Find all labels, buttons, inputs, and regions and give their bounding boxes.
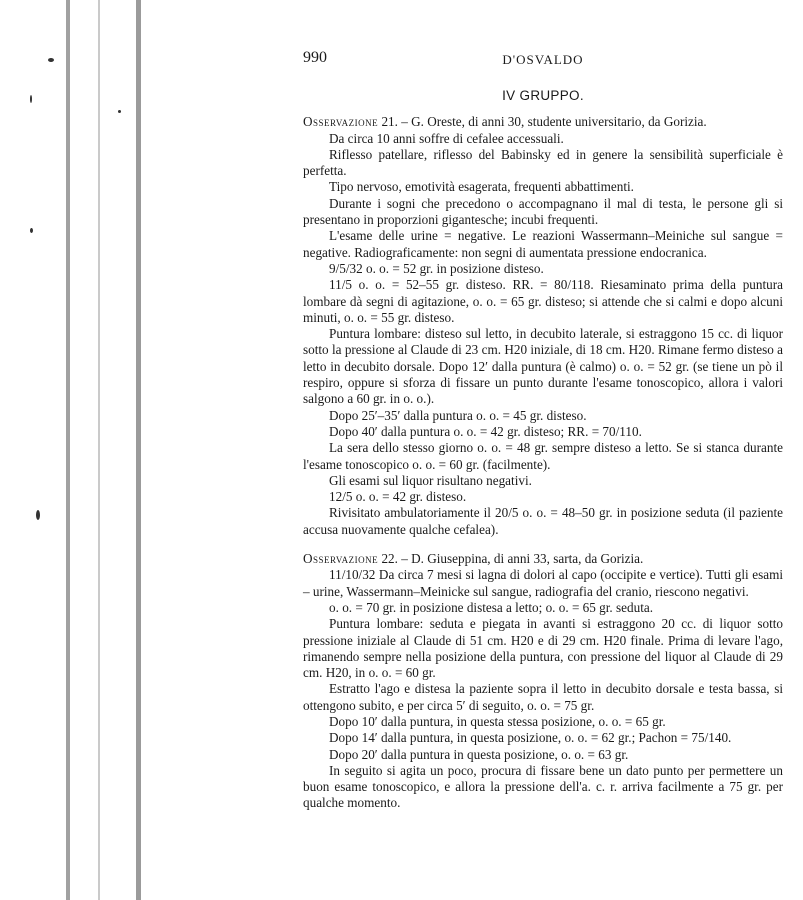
paragraph: Dopo 25′–35′ dalla puntura o. o. = 45 gr…	[303, 408, 783, 424]
paragraph: 11/5 o. o. = 52–55 gr. disteso. RR. = 80…	[303, 277, 783, 326]
document-page: 990 D'OSVALDO IV GRUPPO. Osservazione 21…	[303, 50, 783, 812]
running-head: 990 D'OSVALDO	[303, 50, 783, 72]
paragraph: Estratto l'ago e distesa la paziente sop…	[303, 681, 783, 714]
paragraph: Tipo nervoso, emotività esagerata, frequ…	[303, 179, 783, 195]
paragraph: Dopo 14′ dalla puntura, in questa posizi…	[303, 730, 783, 746]
section-title: IV GRUPPO.	[303, 88, 783, 104]
observation-label: Osservazione	[303, 551, 378, 566]
paragraph: Rivisitato ambulatoriamente il 20/5 o. o…	[303, 505, 783, 538]
observation-21: Osservazione 21. – G. Oreste, di anni 30…	[303, 114, 783, 538]
paragraph: 11/10/32 Da circa 7 mesi si lagna di dol…	[303, 567, 783, 600]
paragraph: L'esame delle urine = negative. Le reazi…	[303, 228, 783, 261]
binding-shadow-2	[98, 0, 100, 900]
scan-speck	[36, 510, 40, 520]
scan-speck	[118, 110, 121, 113]
paragraph: Gli esami sul liquor risultano negativi.	[303, 473, 783, 489]
binding-shadow-1	[66, 0, 70, 900]
observation-22: Osservazione 22. – D. Giuseppina, di ann…	[303, 551, 783, 812]
binding-shadow-3	[136, 0, 141, 900]
scan-speck	[30, 95, 32, 103]
observation-number: 21.	[381, 114, 397, 129]
paragraph: 12/5 o. o. = 42 gr. disteso.	[303, 489, 783, 505]
running-head-author: D'OSVALDO	[303, 52, 783, 68]
paragraph: Dopo 40′ dalla puntura o. o. = 42 gr. di…	[303, 424, 783, 440]
scan-speck	[48, 58, 54, 62]
paragraph: Riflesso patellare, riflesso del Babinsk…	[303, 147, 783, 180]
paragraph: Durante i sogni che precedono o accompag…	[303, 196, 783, 229]
section-gap	[303, 538, 783, 551]
paragraph: Puntura lombare: seduta e piegata in ava…	[303, 616, 783, 681]
observation-patient: – D. Giuseppina, di anni 33, sarta, da G…	[398, 551, 643, 566]
paragraph: o. o. = 70 gr. in posizione distesa a le…	[303, 600, 783, 616]
observation-patient: – G. Oreste, di anni 30, studente univer…	[398, 114, 707, 129]
paragraph: Dopo 10′ dalla puntura, in questa stessa…	[303, 714, 783, 730]
paragraph: Da circa 10 anni soffre di cefalee acces…	[303, 131, 783, 147]
paragraph: La sera dello stesso giorno o. o. = 48 g…	[303, 440, 783, 473]
observation-label: Osservazione	[303, 114, 378, 129]
observation-number: 22.	[381, 551, 397, 566]
paragraph: 9/5/32 o. o. = 52 gr. in posizione diste…	[303, 261, 783, 277]
observation-heading: Osservazione 21. – G. Oreste, di anni 30…	[303, 114, 783, 130]
paragraph: In seguito si agita un poco, procura di …	[303, 763, 783, 812]
scan-speck	[30, 228, 33, 233]
paragraph: Puntura lombare: disteso sul letto, in d…	[303, 326, 783, 407]
paragraph: Dopo 20′ dalla puntura in questa posizio…	[303, 747, 783, 763]
observation-heading: Osservazione 22. – D. Giuseppina, di ann…	[303, 551, 783, 567]
